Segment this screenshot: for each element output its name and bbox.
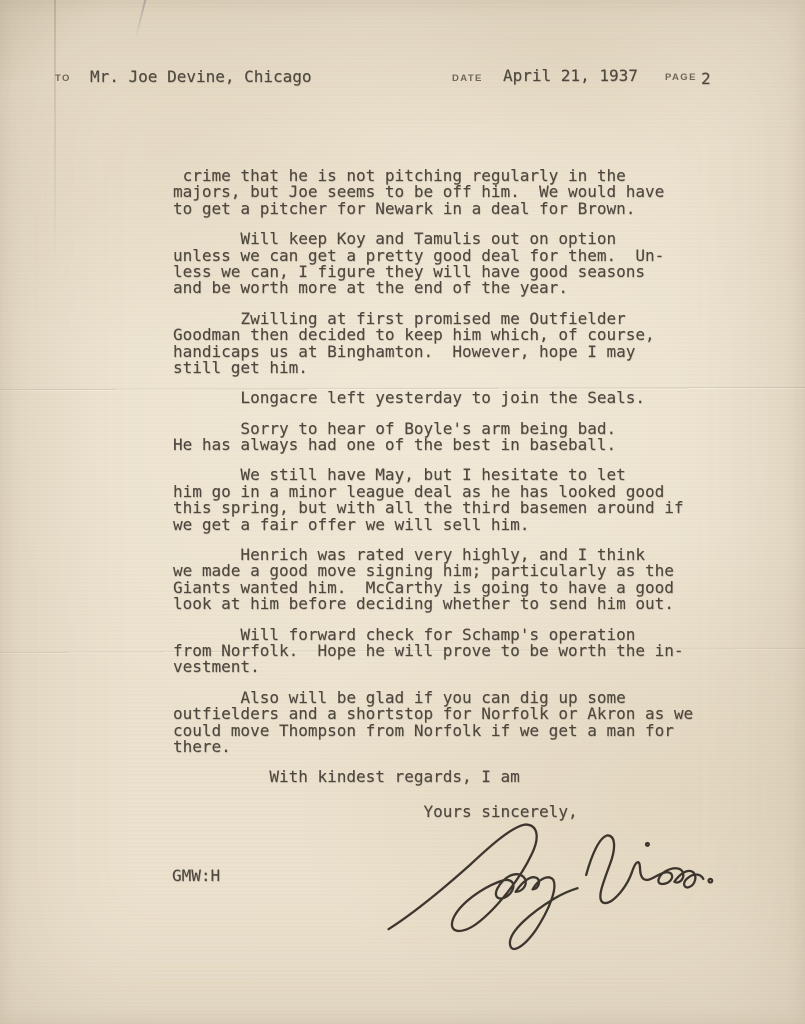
text-line: crime that he is not pitching regularly … xyxy=(173,166,733,182)
text-line: Henrich was rated very highly, and I thi… xyxy=(173,545,733,561)
text-line: we get a fair offer we will sell him. xyxy=(173,515,733,531)
signature-stroke-weiss xyxy=(585,833,704,904)
recipient-name: Mr. Joe Devine, Chicago xyxy=(90,67,312,86)
paragraph: We still have May, but I hesitate to let… xyxy=(173,465,733,531)
text-line: majors, but Joe seems to be off him. We … xyxy=(173,182,733,198)
paragraphs-container: crime that he is not pitching regularly … xyxy=(173,166,733,753)
text-line: Also will be glad if you can dig up some xyxy=(173,688,733,704)
text-line: Will keep Koy and Tamulis out on option xyxy=(173,229,733,245)
closing-regards-line: With kindest regards, I am xyxy=(173,767,733,783)
paragraph: Sorry to hear of Boyle's arm being bad.H… xyxy=(173,419,733,452)
paragraph: Will keep Koy and Tamulis out on optionu… xyxy=(173,229,733,295)
signature-period xyxy=(709,879,713,883)
text-line: this spring, but with all the third base… xyxy=(173,498,733,514)
text-line: and be worth more at the end of the year… xyxy=(173,278,733,294)
text-line: Goodman then decided to keep him which, … xyxy=(173,325,733,341)
paragraph: Henrich was rated very highly, and I thi… xyxy=(173,545,733,611)
paragraph: Will forward check for Schamp's operatio… xyxy=(173,625,733,674)
pencil-mark xyxy=(134,0,147,40)
vertical-crease xyxy=(54,0,56,300)
date-value: April 21, 1937 xyxy=(503,66,638,85)
text-line: We still have May, but I hesitate to let xyxy=(173,465,733,481)
text-line: from Norfolk. Hope he will prove to be w… xyxy=(173,641,733,657)
page-label: PAGE xyxy=(665,72,697,83)
text-line: Giants wanted him. McCarthy is going to … xyxy=(173,578,733,594)
text-line: could move Thompson from Norfolk if we g… xyxy=(173,721,733,737)
text-line: Longacre left yesterday to join the Seal… xyxy=(173,388,733,404)
letter-body: crime that he is not pitching regularly … xyxy=(173,166,733,818)
date-label: DATE xyxy=(452,73,483,84)
text-line: Will forward check for Schamp's operatio… xyxy=(173,625,733,641)
text-line: to get a pitcher for Newark in a deal fo… xyxy=(173,199,733,215)
paragraph: Zwilling at first promised me Outfielder… xyxy=(173,309,733,375)
signature-i-dot xyxy=(646,843,649,846)
text-line: Sorry to hear of Boyle's arm being bad. xyxy=(173,419,733,435)
text-line: look at him before deciding whether to s… xyxy=(173,594,733,610)
text-line: He has always had one of the best in bas… xyxy=(173,435,733,451)
text-line: him go in a minor league deal as he has … xyxy=(173,482,733,498)
page-number: 2 xyxy=(701,69,711,88)
signature-stroke-george xyxy=(386,823,579,952)
paragraph: crime that he is not pitching regularly … xyxy=(173,166,733,215)
document-page: TO Mr. Joe Devine, Chicago DATE April 21… xyxy=(0,0,805,1024)
text-line: Zwilling at first promised me Outfielder xyxy=(173,309,733,325)
to-label: TO xyxy=(55,73,71,84)
text-line: unless we can get a pretty good deal for… xyxy=(173,246,733,262)
signature-george-weiss xyxy=(378,809,717,968)
typist-initials: GMW:H xyxy=(172,866,220,885)
text-line: we made a good move signing him; particu… xyxy=(173,561,733,577)
paragraph: Also will be glad if you can dig up some… xyxy=(173,688,733,754)
paragraph: Longacre left yesterday to join the Seal… xyxy=(173,388,733,404)
text-line: outfielders and a shortstop for Norfolk … xyxy=(173,704,733,720)
